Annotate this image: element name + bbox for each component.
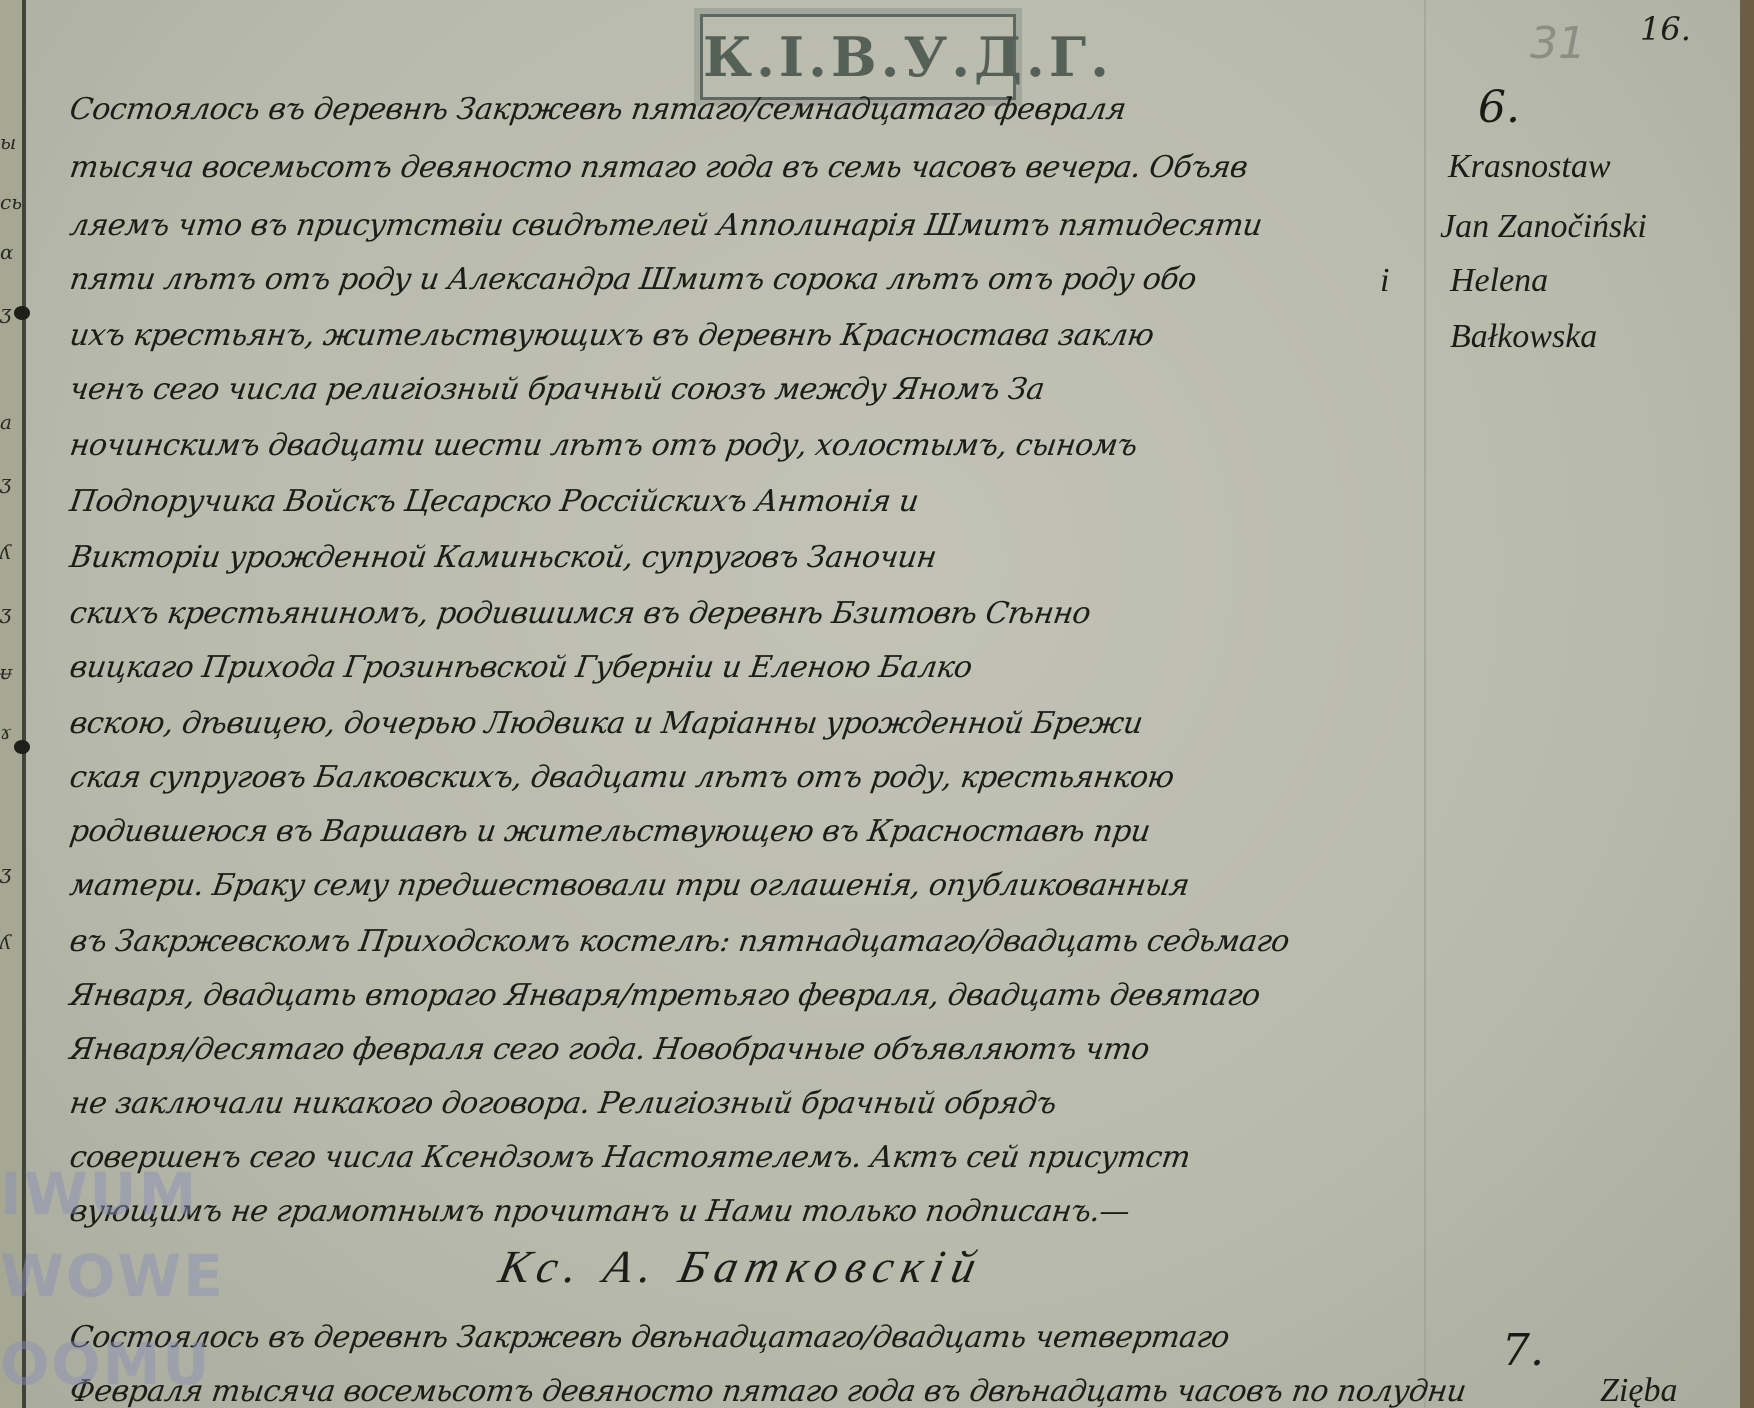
- text-line: Викторіи урожденной Каминьской, супругов…: [68, 540, 939, 575]
- margin-fragment: ɤ: [0, 720, 11, 744]
- margin-fragment: ʒ: [0, 470, 11, 494]
- margin-fragment: ы: [0, 130, 16, 154]
- text-line: ская супруговъ Балковскихъ, двадцати лѣт…: [68, 760, 1177, 795]
- text-line: Подпоручика Войскъ Цесарско Россійскихъ …: [68, 484, 921, 519]
- text-line: пяти лѣтъ отъ роду и Александра Шмитъ со…: [68, 262, 1199, 297]
- text-line: Января, двадцать втораго Января/третьяго…: [68, 978, 1263, 1013]
- entry-number: 7.: [1502, 1325, 1544, 1376]
- margin-fragment: ɑ: [0, 240, 14, 264]
- margin-note-name: Zięba: [1600, 1372, 1677, 1408]
- margin-note-and: i: [1380, 262, 1389, 300]
- margin-note-groom: Jan Zanočiński: [1440, 208, 1647, 246]
- margin-fragment: ʎ: [0, 930, 11, 954]
- text-line: ляемъ что въ присутствіи свидѣтелей Аппо…: [68, 208, 1265, 243]
- text-line: совершенъ сего числа Ксендзомъ Настоятел…: [68, 1140, 1193, 1175]
- text-line: ночинскимъ двадцати шести лѣтъ отъ роду,…: [68, 428, 1140, 463]
- watermark-line: OOMU: [0, 1330, 211, 1398]
- text-line: тысяча восемьсотъ девяносто пятаго года …: [68, 150, 1250, 185]
- margin-fragment: сь: [0, 190, 22, 214]
- text-line: Состоялось въ деревнѣ Закржевѣ пятаго/се…: [68, 92, 1129, 127]
- binding-stitch: [14, 306, 30, 320]
- text-line: матери. Браку сему предшествовали три ог…: [68, 868, 1192, 903]
- archive-stamp: К.І.В.У.Д.Г.: [700, 14, 1016, 100]
- margin-fragment: а: [0, 410, 12, 434]
- archive-number-ink: 16.: [1640, 10, 1691, 48]
- margin-fragment: ᵾ: [0, 660, 12, 684]
- text-line: вующимъ не грамотнымъ прочитанъ и Нами т…: [68, 1194, 1132, 1229]
- margin-note-bride-last: Bałkowska: [1450, 318, 1597, 356]
- archive-number-pencil: 31: [1530, 18, 1586, 69]
- book-edge: [1740, 0, 1754, 1408]
- margin-note-bride-first: Helena: [1450, 262, 1548, 300]
- entry-number: 6.: [1478, 82, 1520, 133]
- binding-stitch: [14, 740, 30, 754]
- text-line: Состоялось въ деревнѣ Закржевѣ двѣнадцат…: [68, 1320, 1232, 1355]
- margin-fragment: ʒ: [0, 600, 11, 624]
- watermark-line: IWUM: [0, 1160, 198, 1228]
- priest-signature: Кс. А. Батковскій: [494, 1240, 988, 1293]
- margin-rule: [1424, 0, 1426, 1408]
- watermark-line: WOWE: [0, 1242, 225, 1310]
- text-line: ченъ сего числа религіозный брачный союз…: [68, 372, 1047, 407]
- margin-fragment: ʎ: [0, 540, 11, 564]
- text-line: не заключали никакого договора. Религіоз…: [68, 1086, 1059, 1121]
- margin-note-place: Krasnostaw: [1448, 148, 1611, 186]
- margin-fragment: ʒ: [0, 860, 11, 884]
- document-page: ы сь ɑ ʒ а ʒ ʎ ʒ ᵾ ɤ ʒ ʎ К.І.В.У.Д.Г. 31…: [0, 0, 1754, 1408]
- text-line: ихъ крестьянъ, жительствующихъ въ деревн…: [68, 318, 1156, 353]
- text-line: вицкаго Прихода Грозинѣвской Губерніи и …: [68, 650, 975, 685]
- margin-fragment: ʒ: [0, 300, 11, 324]
- text-line: Января/десятаго февраля сего года. Новоб…: [68, 1032, 1152, 1067]
- text-line: скихъ крестьяниномъ, родившимся въ дерев…: [68, 596, 1093, 631]
- text-line: Февраля тысяча восемьсотъ девяносто пята…: [68, 1374, 1469, 1408]
- text-line: родившеюся въ Варшавѣ и жительствующею в…: [68, 814, 1153, 849]
- text-line: въ Закржевскомъ Приходскомъ костелѣ: пят…: [68, 924, 1292, 959]
- text-line: вскою, дѣвицею, дочерью Людвика и Маріан…: [68, 706, 1145, 741]
